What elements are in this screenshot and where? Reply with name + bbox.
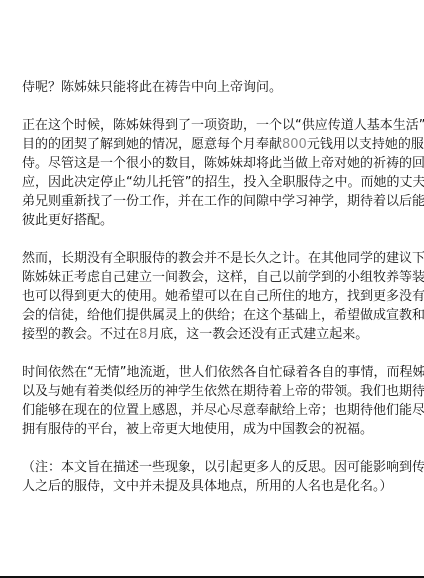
text-line: 人之后的服侍，文中并未提及具体地点，所用的人名也是化名。） bbox=[22, 477, 414, 496]
text-line: 以及与她有着类似经历的神学生依然在期待着上帝的带领。我们也期待他 bbox=[22, 382, 414, 401]
paragraph-gap bbox=[22, 230, 414, 249]
text-line: 侍呢？陈姊妹只能将此在祷告中向上帝询问。 bbox=[22, 78, 414, 97]
paragraph-gap bbox=[22, 439, 414, 458]
text-line-with-number: 接型的教会。不过在8月底，这一教会还没有正式建立起来。 bbox=[22, 325, 414, 344]
author-note: （注：本文旨在描述一些现象，以引起更多人的反思。因可能影响到传道 人之后的服侍，… bbox=[22, 458, 414, 496]
text-line: 也可以得到更大的使用。她希望可以在自己所住的地方，找到更多没有教 bbox=[22, 287, 414, 306]
text-line: 们能够在现在的位置上感恩，并尽心尽意奉献给上帝；也期待他们能尽快 bbox=[22, 401, 414, 420]
text-line: 陈姊妹正考虑自己建立一间教会，这样，自己以前学到的小组牧养等装备 bbox=[22, 268, 414, 287]
text-line: 正在这个时候，陈姊妹得到了一项资助，一个以“供应传道人基本生活”为 bbox=[22, 116, 414, 135]
paragraph-gap bbox=[22, 344, 414, 363]
text-line-with-number: 目的的团契了解到她的情况，愿意每个月奉献800元钱用以支持她的服 bbox=[22, 135, 414, 154]
text-line: 时间依然在“无情”地流逝，世人们依然各自忙碌着各自的事情，而程姊妹 bbox=[22, 363, 414, 382]
number-value: 8 bbox=[139, 327, 147, 342]
paragraph-3: 然而，长期没有全职服侍的教会并不是长久之计。在其他同学的建议下， 陈姊妹正考虑自… bbox=[22, 249, 414, 344]
text-line: （注：本文旨在描述一些现象，以引起更多人的反思。因可能影响到传道 bbox=[22, 458, 414, 477]
paragraph-4: 时间依然在“无情”地流逝，世人们依然各自忙碌着各自的事情，而程姊妹 以及与她有着… bbox=[22, 363, 414, 439]
text-line: 彼此更好搭配。 bbox=[22, 211, 414, 230]
text-line: 然而，长期没有全职服侍的教会并不是长久之计。在其他同学的建议下， bbox=[22, 249, 414, 268]
number-value: 800 bbox=[282, 137, 307, 152]
text-line: 拥有服侍的平台，被上帝更大地使用，成为中国教会的祝福。 bbox=[22, 420, 414, 439]
text-line: 应，因此决定停止“幼儿托管”的招生，投入全职服侍之中。而她的丈夫何 bbox=[22, 173, 414, 192]
text-line: 侍。尽管这是一个很小的数目，陈姊妹却将此当做上帝对她的祈祷的回 bbox=[22, 154, 414, 173]
article-body: 侍呢？陈姊妹只能将此在祷告中向上帝询问。 正在这个时候，陈姊妹得到了一项资助，一… bbox=[22, 78, 414, 496]
text-line: 弟兄则重新找了一份工作，并在工作的间隙中学习神学，期待着以后能够 bbox=[22, 192, 414, 211]
text-line: 会的信徒，给他们提供属灵上的供给；在这个基础上，希望做成宣教和连 bbox=[22, 306, 414, 325]
paragraph-2: 正在这个时候，陈姊妹得到了一项资助，一个以“供应传道人基本生活”为 目的的团契了… bbox=[22, 116, 414, 230]
paragraph-1: 侍呢？陈姊妹只能将此在祷告中向上帝询问。 bbox=[22, 78, 414, 97]
paragraph-gap bbox=[22, 97, 414, 116]
